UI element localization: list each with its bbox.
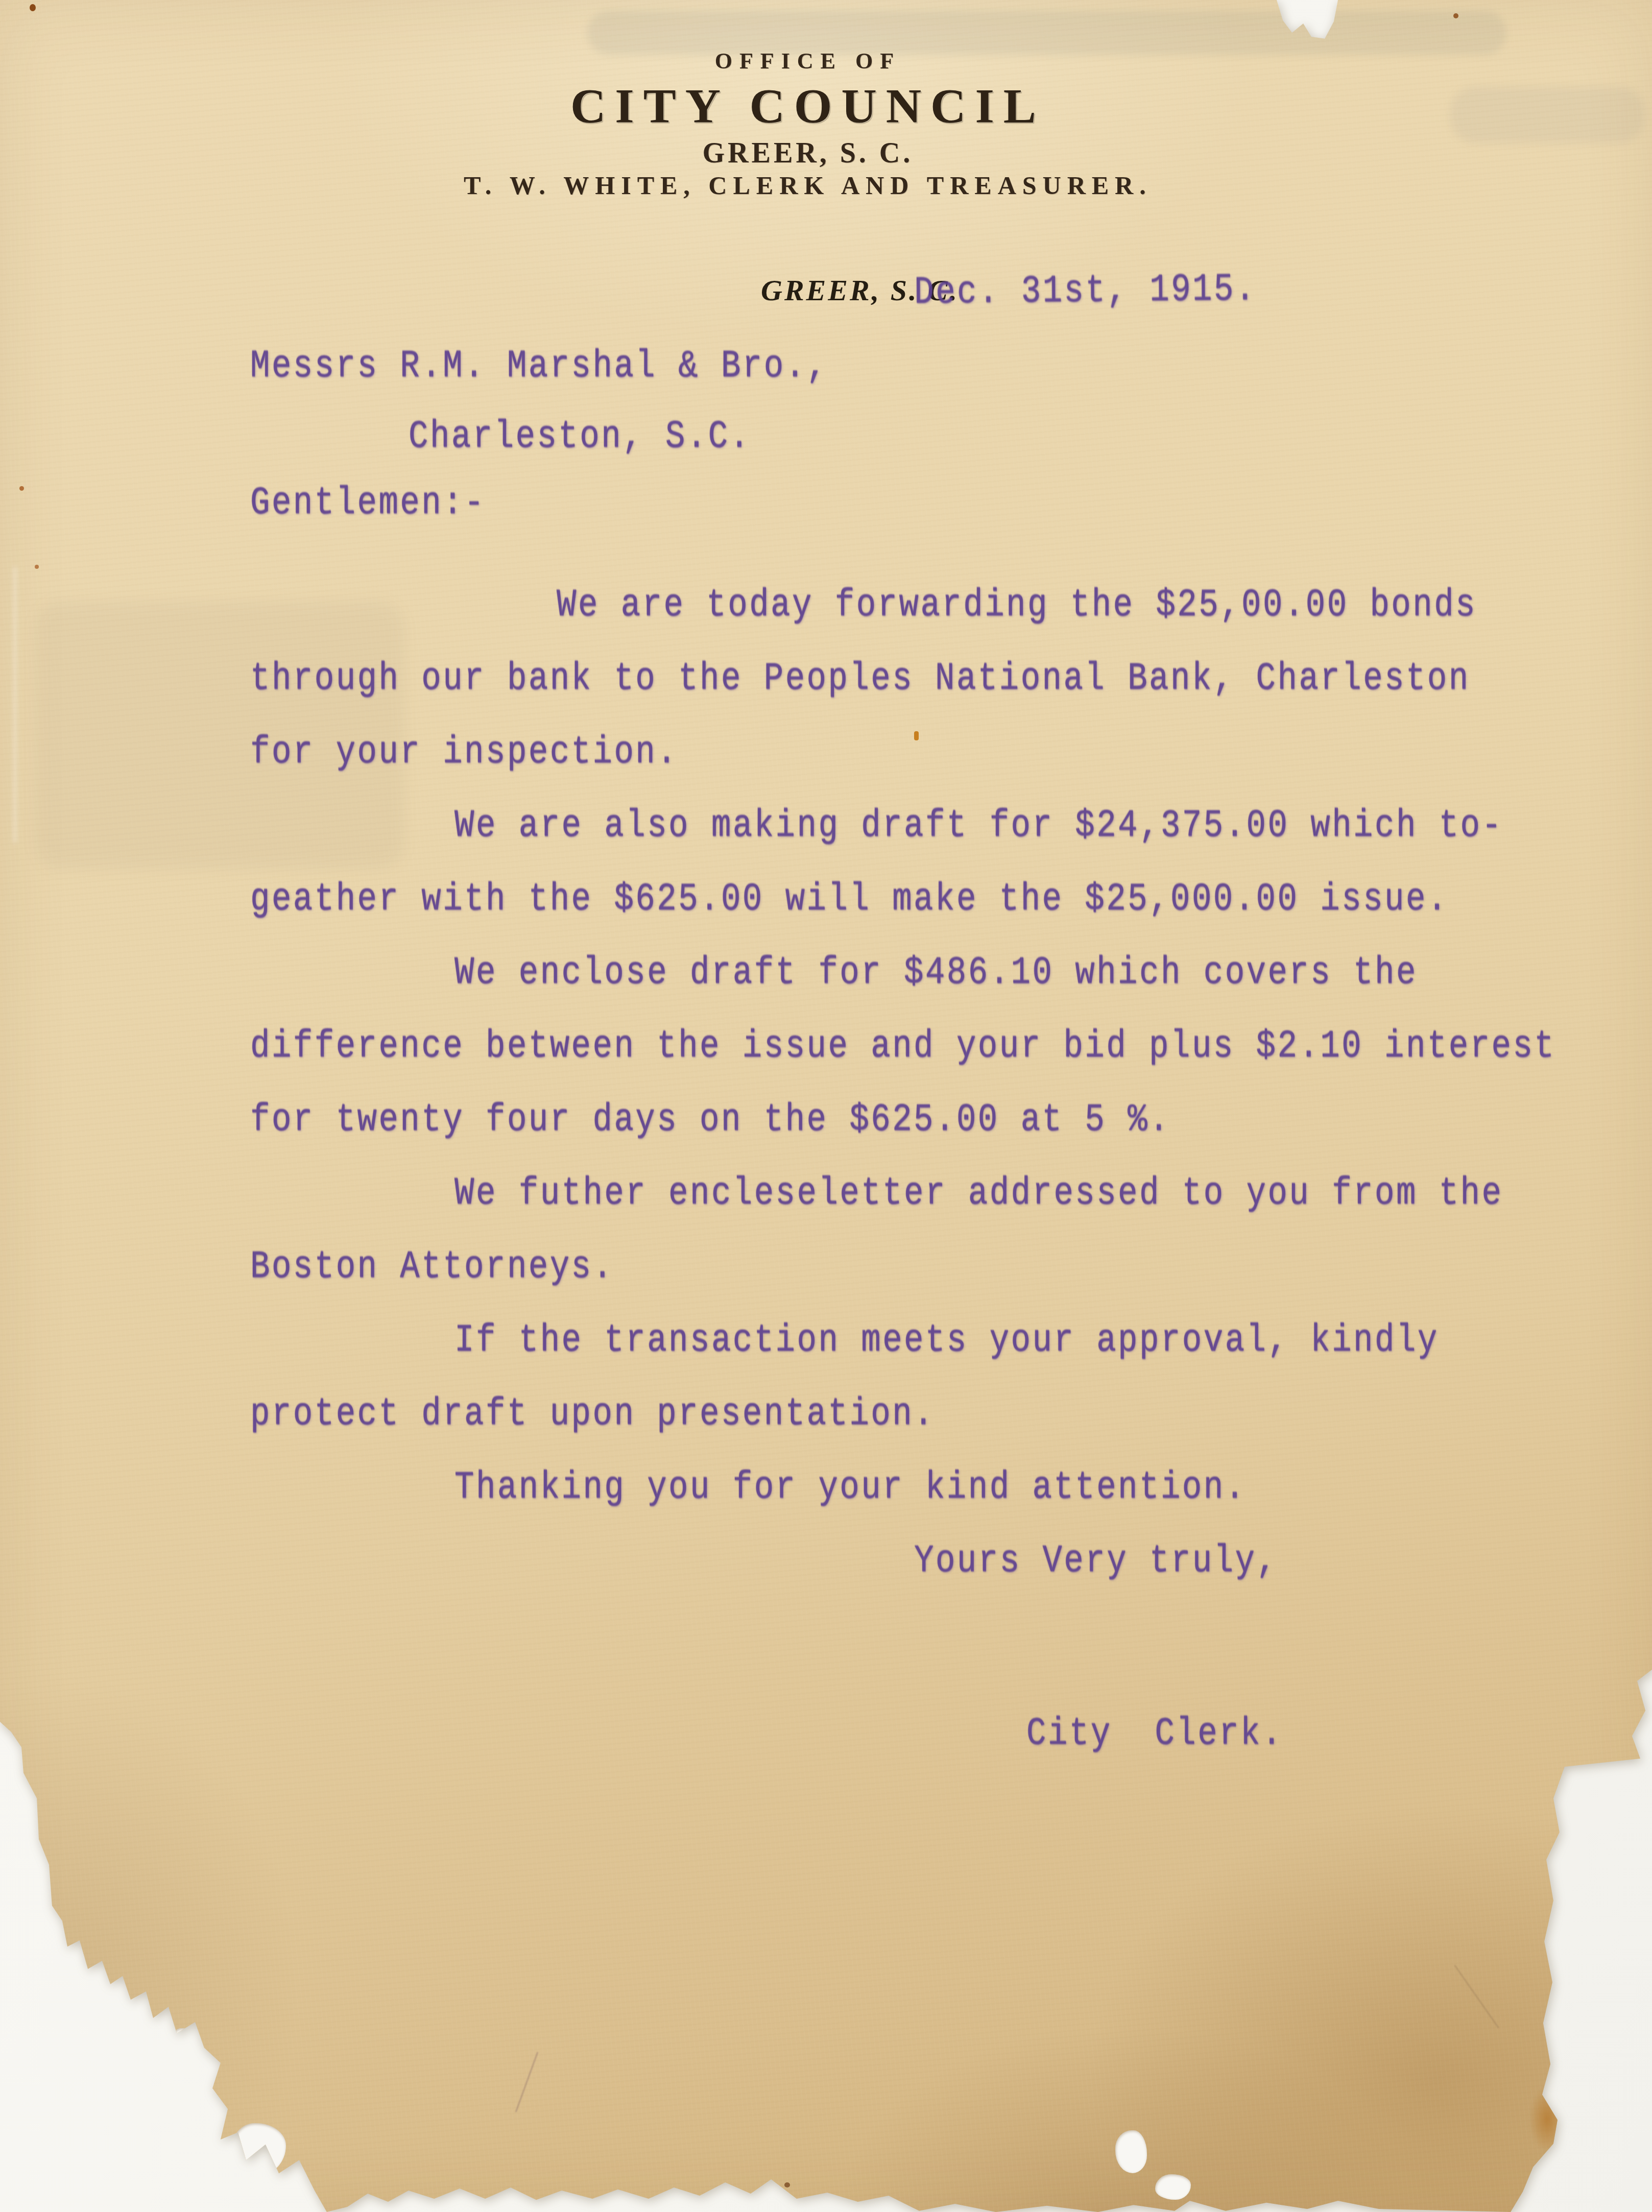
body-line: We enclose draft for $486.10 which cover…: [454, 954, 1418, 993]
body-line: We are today forwarding the $25,00.00 bo…: [557, 586, 1477, 625]
dateline-typed-date: Dec. 31st, 1915.: [914, 270, 1257, 312]
rust-speck: [30, 4, 36, 11]
paper-hole: [231, 2123, 286, 2175]
body-line: difference between the issue and your bi…: [250, 1027, 1555, 1066]
rust-speck: [1453, 13, 1458, 18]
brown-speck: [784, 2182, 790, 2187]
letterhead-office-line: OFFICE OF: [715, 50, 901, 73]
left-edge-sheen: [13, 567, 17, 843]
crease-line: [1454, 1965, 1499, 2029]
ghost-ink-smudge-top-right: [1450, 87, 1644, 143]
letterhead-organization: CITY COUNCIL: [570, 82, 1045, 131]
letterhead-officer-line: T. W. WHITE, CLERK AND TREASURER.: [464, 173, 1152, 198]
body-line: If the transaction meets your approval, …: [454, 1321, 1439, 1360]
paper-hole: [1115, 2130, 1147, 2173]
letter-paper: OFFICE OF CITY COUNCIL GREER, S. C. T. W…: [0, 0, 1652, 2212]
body-line: for twenty four days on the $625.00 at 5…: [250, 1101, 1170, 1140]
body-line: Boston Attorneys.: [250, 1248, 614, 1287]
recipient-line-2: Charleston, S.C.: [409, 418, 751, 456]
body-line: geather with the $625.00 will make the $…: [250, 880, 1449, 919]
body-line: We futher encleseletter addressed to you…: [454, 1174, 1503, 1213]
body-line: We are also making draft for $24,375.00 …: [454, 807, 1503, 846]
crease-line: [515, 2052, 539, 2112]
body-line: for your inspection.: [250, 733, 678, 772]
body-line: protect draft upon presentation.: [250, 1395, 935, 1434]
body-line: through our bank to the Peoples National…: [250, 660, 1470, 699]
salutation: Gentlemen:-: [250, 484, 486, 523]
rust-stain-right-edge: [1529, 2086, 1565, 2152]
signature-title: City Clerk.: [1026, 1715, 1283, 1753]
paper-sheet: OFFICE OF CITY COUNCIL GREER, S. C. T. W…: [0, 0, 1652, 2212]
letterhead-location: GREER, S. C.: [703, 139, 914, 167]
scanner-background: OFFICE OF CITY COUNCIL GREER, S. C. T. W…: [0, 0, 1652, 2212]
rust-speck: [19, 486, 24, 491]
rust-speck: [35, 565, 39, 569]
paper-hole: [174, 2028, 190, 2042]
recipient-line-1: Messrs R.M. Marshal & Bro.,: [250, 347, 828, 386]
orange-ink-speck: [914, 731, 919, 740]
body-line: Thanking you for your kind attention.: [454, 1469, 1247, 1507]
paper-hole: [1155, 2174, 1191, 2200]
closing: Yours Very truly,: [914, 1542, 1278, 1581]
